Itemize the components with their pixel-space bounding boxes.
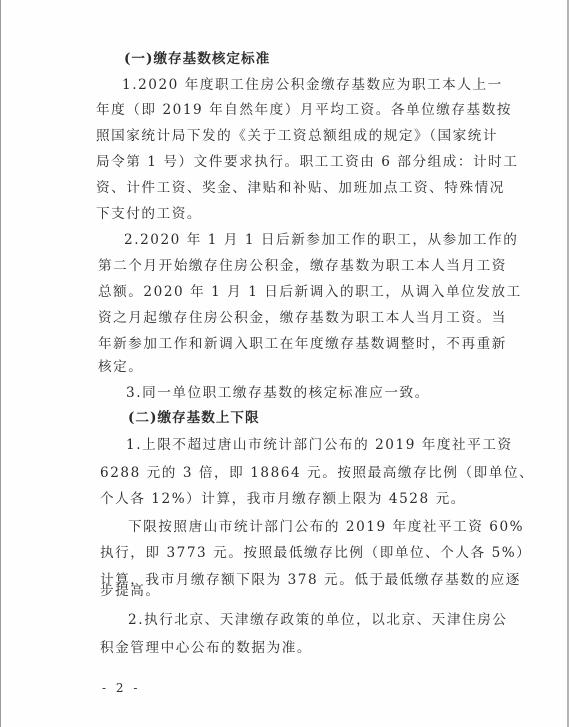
page-number: - 2 - xyxy=(102,681,140,695)
page-left-edge xyxy=(0,0,1,727)
paragraph-line: 3.同一单位职工缴存基数的核定标准应一致。 xyxy=(126,384,430,402)
paragraph-line: 局令第 1 号）文件要求执行。职工工资由 6 部分组成：计时工 xyxy=(96,153,518,171)
paragraph-line: 1.2020 年度职工住房公积金缴存基数应为职工本人上一 xyxy=(122,76,503,94)
paragraph-line: 照国家统计局下发的《关于工资总额组成的规定》（国家统计 xyxy=(96,127,498,145)
paragraph-line: 第二个月开始缴存住房公积金，缴存基数为职工本人当月工资 xyxy=(98,257,507,275)
section-heading-1: (一)缴存基数核定标准 xyxy=(124,50,270,68)
paragraph-line: 年新参加工作和新调入职工在年度缴存基数调整时，不再重新 xyxy=(98,335,507,353)
paragraph-line: 执行，即 3773 元。按照最低缴存比例（即单位、个人各 5%） xyxy=(100,544,531,562)
paragraph-line: 资、计件工资、奖金、津贴和补贴、加班加点工资、特殊情况 xyxy=(96,179,505,197)
paragraph-line: 下限按照唐山市统计部门公布的 2019 年度社平工资 60% xyxy=(128,518,524,536)
paragraph-line: 2.执行北京、天津缴存政策的单位，以北京、天津住房公 xyxy=(128,611,508,629)
paragraph-line: 1.上限不超过唐山市统计部门公布的 2019 年度社平工资 xyxy=(126,436,513,454)
paragraph-line: 总额。2020 年 1 月 1 日后新调入的职工，从调入单位发放工 xyxy=(98,283,522,301)
paragraph-line: 下支付的工资。 xyxy=(96,205,202,223)
paragraph-line: 个人各 12%）计算，我市月缴存额上限为 4528 元。 xyxy=(100,490,466,508)
paragraph-line: 步提高。 xyxy=(100,582,161,600)
paragraph-line: 计算，我市月缴存额下限为 378 元。低于最低缴存基数的应逐 xyxy=(100,571,521,589)
paragraph-line: 资之月起缴存住房公积金，缴存基数为职工本人当月工资。当 xyxy=(98,309,507,327)
paragraph-line: 核定。 xyxy=(98,358,143,376)
document-page: (一)缴存基数核定标准 1.2020 年度职工住房公积金缴存基数应为职工本人上一… xyxy=(0,0,569,727)
paragraph-line: 6288 元的 3 倍，即 18864 元。按照最高缴存比例（即单位、 xyxy=(100,464,534,482)
paragraph-line: 2.2020 年 1 月 1 日后新参加工作的职工，从参加工作的 xyxy=(124,231,518,249)
paragraph-line: 积金管理中心公布的数据为准。 xyxy=(100,639,312,657)
section-heading-2: (二)缴存基数上下限 xyxy=(128,409,260,427)
paragraph-line: 年度（即 2019 年自然年度）月平均工资。各单位缴存基数按 xyxy=(96,101,512,119)
